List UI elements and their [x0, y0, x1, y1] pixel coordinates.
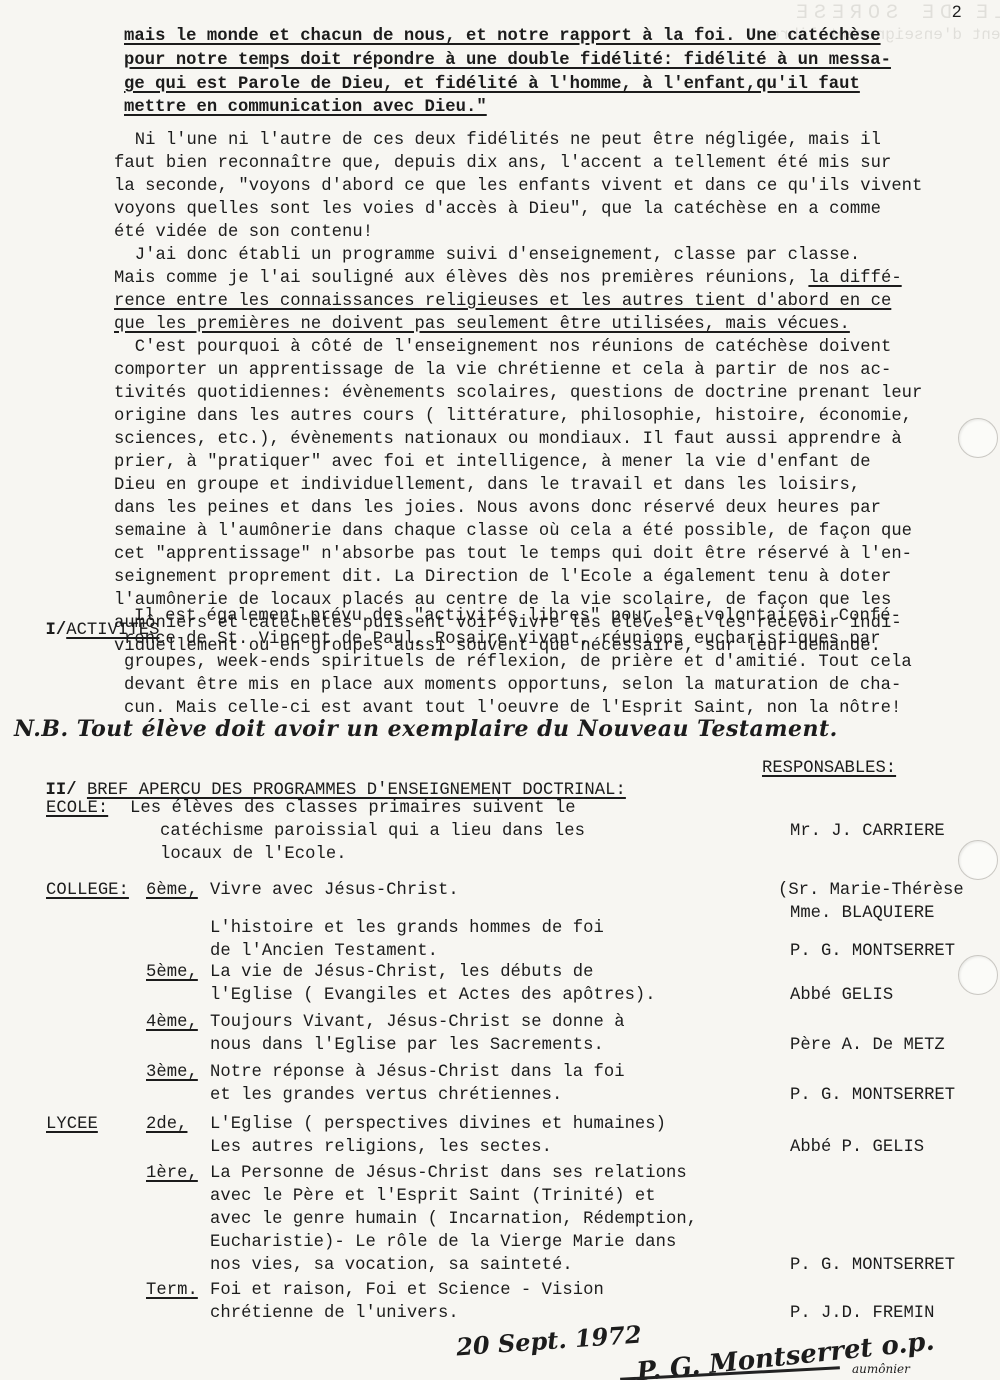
program-grade: 3ème, [146, 1062, 198, 1084]
program-description: nous dans l'Eglise par les Sacrements. [210, 1035, 604, 1057]
section-line: devant être mis en place aux moments opp… [124, 675, 901, 697]
paragraph-line: voyons quelles sont les voies d'accès à … [114, 199, 881, 221]
paragraph-line: prier, à "pratiquer" avec foi et intelli… [114, 452, 871, 474]
program-description: Eucharistie)- Le rôle de la Vierge Marie… [210, 1232, 676, 1254]
program-description: Les élèves des classes primaires suivent… [130, 798, 576, 820]
paragraph-line: la seconde, "voyons d'abord ce que les e… [114, 176, 922, 198]
handwritten-date: 20 Sept. 1972 [455, 1320, 642, 1362]
program-responsable: P. J.D. FREMIN [790, 1303, 934, 1325]
paragraph-line: faut bien reconnaître que, depuis dix an… [114, 153, 891, 175]
paragraph-line: été vidée de son contenu! [114, 222, 373, 244]
paragraph-line: Ni l'une ni l'autre de ces deux fidélité… [114, 130, 881, 152]
signature-subtitle: aumônier [852, 1362, 910, 1376]
paragraph-line: seignement proprement dit. La Direction … [114, 567, 891, 589]
paragraph-line: dans les peines et dans les joies. Nous … [114, 498, 881, 520]
bleed-through-header: ECOLE DE SORESE [790, 2, 1000, 25]
program-description: Les autres religions, les sectes. [210, 1137, 552, 1159]
program-responsable: P. G. MONTSERRET [790, 1085, 955, 1107]
program-level: COLLEGE: [46, 880, 129, 902]
paragraph-line: semaine à l'aumônerie dans chaque classe… [114, 521, 912, 543]
program-description: de l'Ancien Testament. [210, 941, 438, 963]
program-description: avec le Père et l'Esprit Saint (Trinité)… [210, 1186, 656, 1208]
program-level: LYCEE [46, 1114, 98, 1136]
program-grade: 5ème, [146, 962, 198, 984]
program-description: Vivre avec Jésus-Christ. [210, 880, 459, 902]
program-description: locaux de l'Ecole. [160, 844, 347, 866]
program-responsable: P. G. MONTSERRET [790, 941, 955, 963]
paragraph-line-underlined: rence entre les connaissances religieuse… [114, 291, 891, 313]
program-description: L'histoire et les grands hommes de foi [210, 918, 604, 940]
program-level: ECOLE: [46, 798, 108, 820]
program-description: l'Eglise ( Evangiles et Actes des apôtre… [210, 985, 656, 1007]
program-description: nos vies, sa vocation, sa sainteté. [210, 1255, 573, 1277]
program-responsable: Abbé P. GELIS [790, 1137, 924, 1159]
program-responsable: Mme. BLAQUIERE [790, 903, 934, 925]
document-page: ECOLE DE SORESE groupement d'enseignemen… [0, 0, 1000, 1380]
program-description: Foi et raison, Foi et Science - Vision [210, 1280, 604, 1302]
program-responsable: Père A. De METZ [790, 1035, 945, 1057]
program-grade: 4ème, [146, 1012, 198, 1034]
paragraph-line: comporter un apprentissage de la vie chr… [114, 360, 891, 382]
program-grade: 1ère, [146, 1163, 198, 1185]
paragraph-line: origine dans les autres cours ( littérat… [114, 406, 912, 428]
paragraph-line: C'est pourquoi à côté de l'enseignement … [114, 337, 891, 359]
paragraph-line: tivités quotidiennes: évènements scolair… [114, 383, 922, 405]
program-responsable: Mr. J. CARRIERE [790, 821, 945, 843]
intro-line: mais le monde et chacun de nous, et notr… [124, 26, 881, 48]
intro-line: ge qui est Parole de Dieu, et fidélité à… [124, 74, 860, 96]
punch-hole [958, 840, 998, 880]
paragraph-line-underlined: que les premières ne doivent pas seuleme… [114, 314, 850, 336]
section-number: I/ [45, 621, 66, 640]
intro-line: mettre en communication avec Dieu." [124, 97, 487, 119]
program-responsable: P. G. MONTSERRET [790, 1255, 955, 1277]
paragraph-line: Mais comme je l'ai souligné aux élèves d… [114, 268, 902, 290]
program-description: L'Eglise ( perspectives divines et humai… [210, 1114, 666, 1136]
paragraph-text: Mais comme je l'ai souligné aux élèves d… [114, 269, 808, 288]
program-description: et les grandes vertus chrétiennes. [210, 1085, 562, 1107]
program-description: Toujours Vivant, Jésus-Christ se donne à [210, 1012, 625, 1034]
program-responsable: (Sr. Marie-Thérèse [778, 880, 964, 902]
paragraph-line: sciences, etc.), évènements nationaux ou… [114, 429, 902, 451]
section-line: rence de St. Vincent de Paul, Rosaire vi… [124, 629, 881, 651]
program-description: La Personne de Jésus-Christ dans ses rel… [210, 1163, 687, 1185]
page-number: 2 [952, 2, 961, 22]
paragraph-line: cet "apprentissage" n'absorbe pas tout l… [114, 544, 912, 566]
program-responsable: Abbé GELIS [790, 985, 893, 1007]
paragraph-line: Dieu en groupe et individuellement, dans… [114, 475, 860, 497]
underlined-text: la diffé- [808, 269, 901, 288]
paragraph-line: J'ai donc établi un programme suivi d'en… [114, 245, 860, 267]
punch-hole [958, 955, 998, 995]
program-description: chrétienne de l'univers. [210, 1303, 459, 1325]
program-description: La vie de Jésus-Christ, les débuts de [210, 962, 593, 984]
program-grade: 2de, [146, 1114, 187, 1136]
program-grade: 6ème, [146, 880, 198, 902]
program-grade: Term. [146, 1280, 198, 1302]
program-description: avec le genre humain ( Incarnation, Réde… [210, 1209, 697, 1231]
responsables-header: RESPONSABLES: [762, 758, 896, 780]
section-line: groupes, week-ends spirituels de réflexi… [124, 652, 912, 674]
section-line: Il est également prévu des "activités li… [134, 606, 901, 628]
handwritten-note: N.B. Tout élève doit avoir un exemplaire… [14, 716, 838, 742]
intro-line: pour notre temps doit répondre à une dou… [124, 50, 891, 72]
program-description: catéchisme paroissial qui a lieu dans le… [160, 821, 585, 843]
program-description: Notre réponse à Jésus-Christ dans la foi [210, 1062, 625, 1084]
punch-hole [958, 418, 998, 458]
